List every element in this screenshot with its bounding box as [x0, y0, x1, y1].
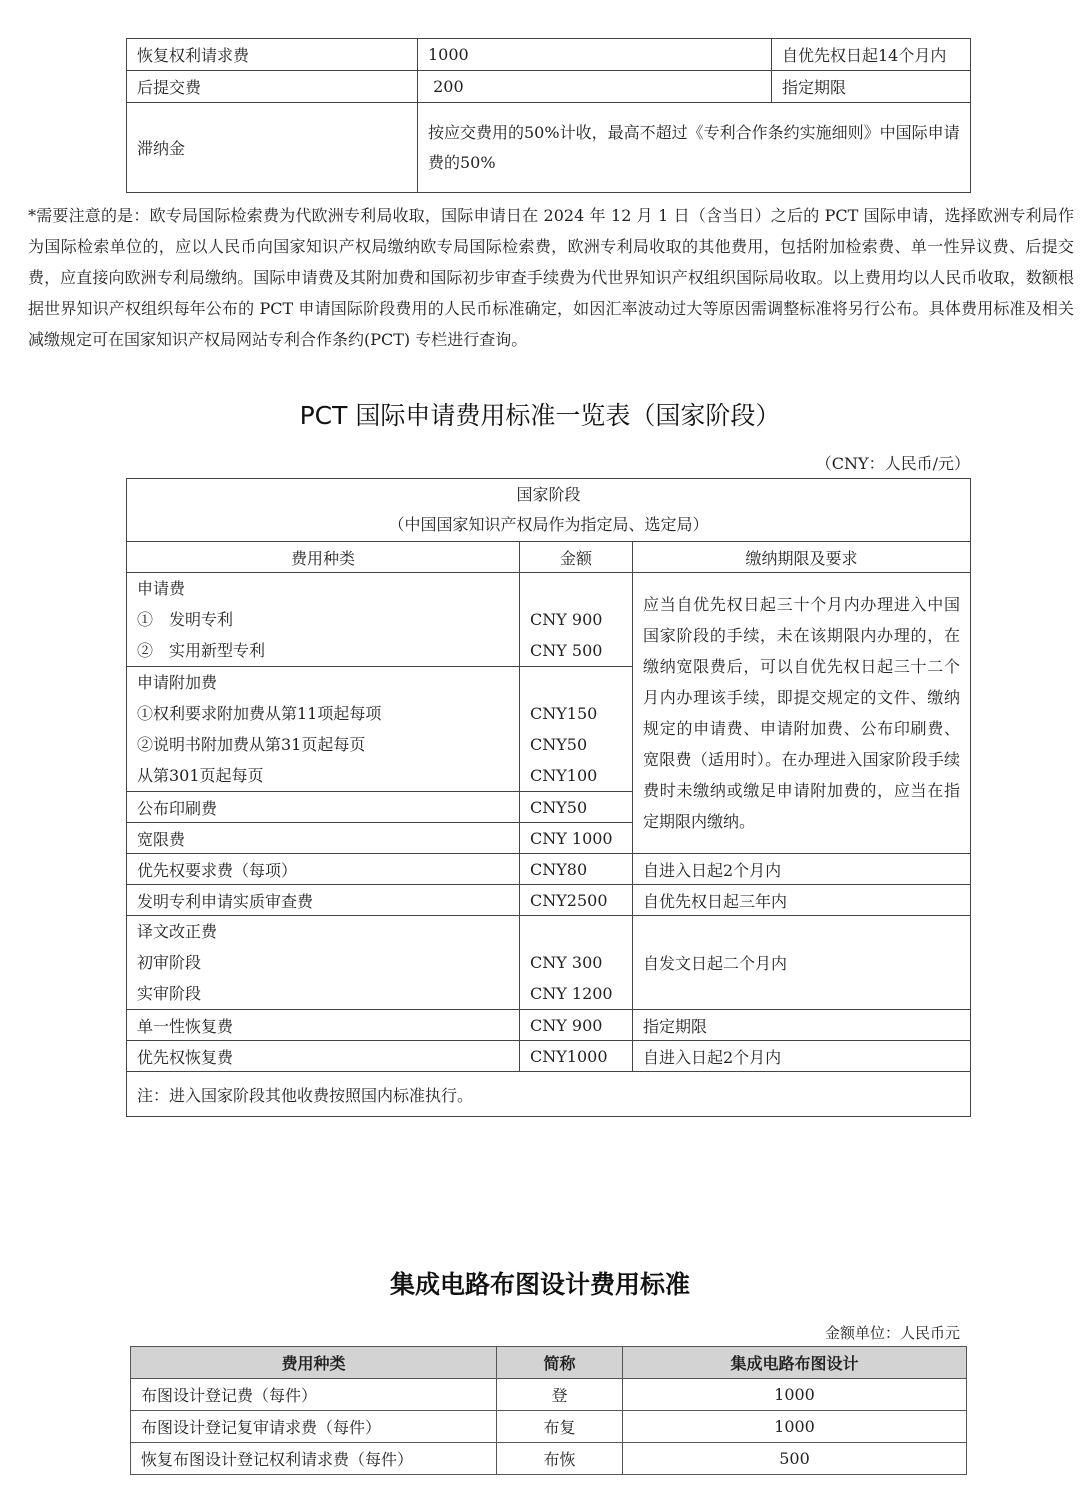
fee-amount: 1000: [623, 1411, 967, 1443]
fee-amount-cell: CNY 300 CNY 1200: [520, 916, 633, 1010]
fee-name: 恢复权利请求费: [127, 39, 418, 71]
fee-amount-cell: CNY 900 CNY 500: [520, 573, 633, 667]
fee-deadline: 自进入日起2个月内: [633, 854, 971, 885]
fee-name-cell: 申请附加费 ①权利要求附加费从第11项起每项 ②说明书附加费从第31页起每页 从…: [127, 667, 520, 792]
currency-unit-label: （CNY：人民币/元）: [816, 451, 970, 474]
column-header-row: 费用种类 简称 集成电路布图设计: [131, 1347, 967, 1379]
fee-amount: 1000: [418, 39, 772, 71]
fee-amount-cell: CNY150 CNY50 CNY100: [520, 667, 633, 792]
fee-item: 初审阶段: [137, 947, 509, 978]
fee-name: 恢复布图设计登记权利请求费（每件）: [131, 1443, 497, 1475]
fee-name: 宽限费: [127, 823, 520, 854]
fee-amount: CNY 1200: [530, 978, 622, 1009]
fee-name: 发明专利申请实质审查费: [127, 885, 520, 916]
table-header: 国家阶段 （中国国家知识产权局作为指定局、选定局）: [127, 479, 971, 542]
fee-abbr: 布复: [497, 1411, 623, 1443]
table-row: 发明专利申请实质审查费 CNY2500 自优先权日起三年内: [127, 885, 971, 916]
fee-item: ①权利要求附加费从第11项起每项: [137, 698, 509, 729]
fee-amount: CNY 500: [530, 635, 622, 666]
fee-amount: CNY 1000: [520, 823, 633, 854]
entry-requirement: 应当自优先权日起三十个月内办理进入中国国家阶段的手续，未在该期限内办理的，在缴纳…: [633, 573, 971, 854]
fee-name: 后提交费: [127, 71, 418, 103]
fee-amount: CNY 300: [530, 947, 622, 978]
table-row: 布图设计登记复审请求费（每件） 布复 1000: [131, 1411, 967, 1443]
fee-group-label: 申请附加费: [137, 667, 509, 698]
column-header: 集成电路布图设计: [623, 1347, 967, 1379]
national-phase-fee-table: 国家阶段 （中国国家知识产权局作为指定局、选定局） 费用种类 金额 缴纳期限及要…: [126, 478, 971, 1117]
table-row-application-fee: 申请费 ① 发明专利 ② 实用新型专利 CNY 900 CNY 500 应当自优…: [127, 573, 971, 667]
column-header: 费用种类: [127, 542, 520, 573]
fee-name: 布图设计登记复审请求费（每件）: [131, 1411, 497, 1443]
table-row: 后提交费 200 指定期限: [127, 71, 971, 103]
table-row: 优先权要求费（每项） CNY80 自进入日起2个月内: [127, 854, 971, 885]
fee-amount-value: 200: [433, 77, 464, 96]
fee-amount: 1000: [623, 1379, 967, 1411]
fee-amount: 200: [418, 71, 772, 103]
fee-group-label: 申请费: [137, 573, 509, 604]
fee-amount: CNY50: [520, 792, 633, 823]
fee-name: 公布印刷费: [127, 792, 520, 823]
fee-name: 滞纳金: [127, 103, 418, 193]
fee-amount: 500: [623, 1443, 967, 1475]
fee-item: ② 实用新型专利: [137, 635, 509, 666]
fee-amount: CNY2500: [520, 885, 633, 916]
fee-amount: CNY80: [520, 854, 633, 885]
fee-deadline: 自优先权日起三年内: [633, 885, 971, 916]
fee-item: ① 发明专利: [137, 604, 509, 635]
fee-amount: CNY1000: [520, 1041, 633, 1072]
table-row: 恢复权利请求费 1000 自优先权日起14个月内: [127, 39, 971, 71]
table-row: 恢复布图设计登记权利请求费（每件） 布恢 500: [131, 1443, 967, 1475]
fee-name: 优先权要求费（每项）: [127, 854, 520, 885]
header-line-1: 国家阶段: [137, 480, 960, 510]
fee-deadline: 自优先权日起14个月内: [772, 39, 971, 71]
fee-name: 布图设计登记费（每件）: [131, 1379, 497, 1411]
fee-deadline: 指定期限: [772, 71, 971, 103]
fee-deadline: 指定期限: [633, 1010, 971, 1041]
fee-amount: CNY 900: [520, 1010, 633, 1041]
table-row: 布图设计登记费（每件） 登 1000: [131, 1379, 967, 1411]
table-row: 优先权恢复费 CNY1000 自进入日起2个月内: [127, 1041, 971, 1072]
fee-item: 实审阶段: [137, 978, 509, 1009]
section-title-national-phase: PCT 国际申请费用标准一览表（国家阶段）: [0, 396, 1080, 432]
note-paragraph: *需要注意的是：欧专局国际检索费为代欧洲专利局收取，国际申请日在 2024 年 …: [28, 200, 1074, 355]
table-header-row: 国家阶段 （中国国家知识产权局作为指定局、选定局）: [127, 479, 971, 542]
fee-deadline: 自进入日起2个月内: [633, 1041, 971, 1072]
fee-name: 单一性恢复费: [127, 1010, 520, 1041]
fee-name: 优先权恢复费: [127, 1041, 520, 1072]
table-footnote: 注：进入国家阶段其他收费按照国内标准执行。: [127, 1072, 971, 1117]
fee-abbr: 布恢: [497, 1443, 623, 1475]
fee-amount: CNY100: [530, 760, 622, 791]
currency-unit-label: 金额单位：人民币元: [825, 1322, 960, 1343]
fee-name-cell: 申请费 ① 发明专利 ② 实用新型专利: [127, 573, 520, 667]
international-phase-fee-table-continued: 恢复权利请求费 1000 自优先权日起14个月内 后提交费 200 指定期限 滞…: [126, 38, 971, 193]
table-row: 滞纳金 按应交费用的50%计收，最高不超过《专利合作条约实施细则》中国际申请费的…: [127, 103, 971, 193]
fee-name-cell: 译文改正费 初审阶段 实审阶段: [127, 916, 520, 1010]
column-header: 费用种类: [131, 1347, 497, 1379]
table-footnote-row: 注：进入国家阶段其他收费按照国内标准执行。: [127, 1072, 971, 1117]
fee-amount: CNY 900: [530, 604, 622, 635]
fee-group-label: 译文改正费: [137, 916, 509, 947]
fee-amount: CNY150: [530, 698, 622, 729]
table-row-translation-correction: 译文改正费 初审阶段 实审阶段 CNY 300 CNY 1200 自发文日起二个…: [127, 916, 971, 1010]
fee-description: 按应交费用的50%计收，最高不超过《专利合作条约实施细则》中国际申请费的50%: [418, 103, 971, 193]
column-header: 缴纳期限及要求: [633, 542, 971, 573]
fee-item: 从第301页起每页: [137, 760, 509, 791]
table-row: 单一性恢复费 CNY 900 指定期限: [127, 1010, 971, 1041]
column-header: 金额: [520, 542, 633, 573]
fee-deadline: 自发文日起二个月内: [633, 916, 971, 1010]
fee-abbr: 登: [497, 1379, 623, 1411]
fee-amount: CNY50: [530, 729, 622, 760]
column-header-row: 费用种类 金额 缴纳期限及要求: [127, 542, 971, 573]
header-line-2: （中国国家知识产权局作为指定局、选定局）: [137, 510, 960, 540]
ic-layout-fee-table: 费用种类 简称 集成电路布图设计 布图设计登记费（每件） 登 1000 布图设计…: [130, 1346, 967, 1475]
column-header: 简称: [497, 1347, 623, 1379]
fee-item: ②说明书附加费从第31页起每页: [137, 729, 509, 760]
section-title-ic-layout: 集成电路布图设计费用标准: [0, 1265, 1080, 1301]
